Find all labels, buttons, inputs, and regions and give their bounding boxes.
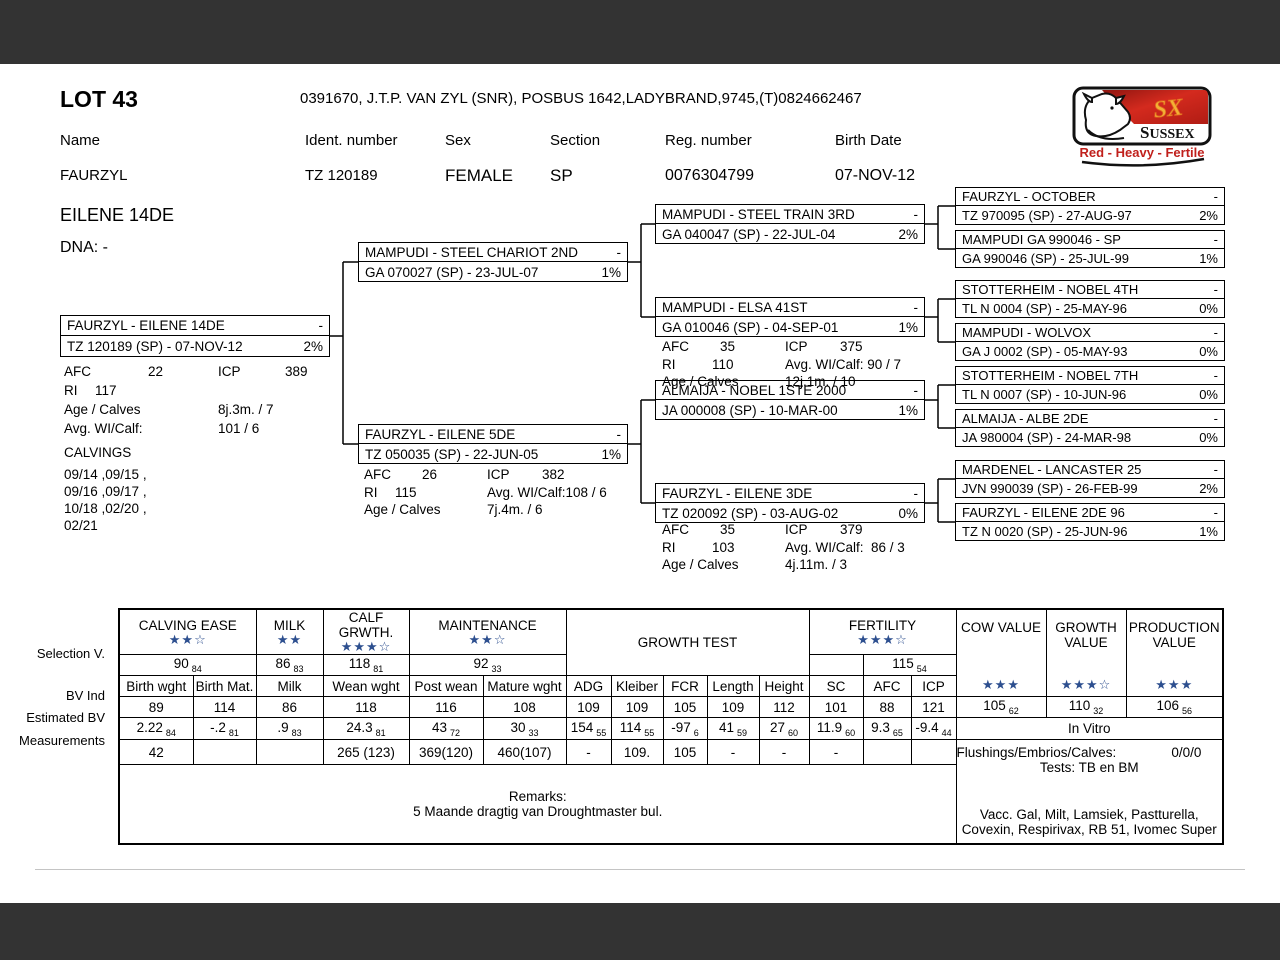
stat-text: AFC: [662, 522, 689, 537]
stat-text: 115: [395, 485, 417, 500]
accuracy-subscript: 81: [376, 728, 386, 738]
stat-text: RI: [662, 540, 676, 555]
group-maintenance: MAINTENANCE ★★☆: [409, 609, 566, 655]
bv-ind-cell: 109: [611, 697, 663, 718]
bv-ind-cell: 88: [863, 697, 911, 718]
group-calf-grwth-: CALF GRWTH. ★★★☆: [323, 609, 409, 655]
selection-value: 8683: [256, 655, 323, 676]
col-header-sc: SC: [809, 676, 863, 697]
value-bv-cell: 10562: [956, 697, 1046, 718]
stat-text: AFC: [64, 364, 91, 379]
bv-ind-cell: 108: [483, 697, 566, 718]
accuracy-subscript: 84: [192, 664, 202, 674]
group-calving-ease: CALVING EASE ★★☆: [119, 609, 256, 655]
estimated-bv-cell: 2760: [759, 718, 809, 740]
accuracy-subscript: 55: [596, 728, 606, 738]
accuracy-subscript: 33: [529, 728, 539, 738]
value-col-cow-value: COW VALUE ★★★: [956, 609, 1046, 697]
stat-text: Age / Calves: [64, 402, 141, 417]
estimated-bv-cell: 15455: [566, 718, 611, 740]
star-rating: ★★: [257, 633, 323, 647]
stat-text: 101 / 6: [218, 421, 259, 436]
top-bar: [0, 0, 1280, 64]
value-col-production-value: PRODUCTION VALUE ★★★: [1126, 609, 1223, 697]
vacc-line-2: Covexin, Respirivax, RB 51, Ivomec Super: [957, 822, 1223, 837]
bv-ind-cell: 116: [409, 697, 483, 718]
ancestor-id: GA 070027 (SP) - 23-JUL-07: [365, 265, 538, 280]
pedigree-box-ggp4: MAMPUDI - WOLVOX- GA J 0002 (SP) - 05-MA…: [955, 323, 1225, 361]
group-label: CALF GRWTH.: [324, 610, 409, 640]
estimated-bv-cell: 3033: [483, 718, 566, 740]
stat-text: 117: [95, 383, 117, 398]
field-value-2: FEMALE: [445, 166, 513, 186]
field-label-reg-number: Reg. number: [665, 132, 752, 149]
star-rating: ★★★☆: [324, 640, 409, 654]
ancestor-id: GA 040047 (SP) - 22-JUL-04: [662, 227, 835, 242]
stat-text: 4j.11m. / 3: [785, 557, 847, 572]
bv-ind-cell: 121: [911, 697, 956, 718]
pedigree-box-mgd: FAURZYL - EILENE 3DE- TZ 020092 (SP) - 0…: [655, 483, 925, 523]
ancestor-inbreeding-pct: 1%: [601, 447, 621, 462]
ancestor-name: FAURZYL - OCTOBER: [962, 189, 1096, 204]
ancestor-dash: -: [914, 300, 919, 315]
col-header-mature-wght: Mature wght: [483, 676, 566, 697]
ancestor-inbreeding-pct: 0%: [1199, 430, 1218, 445]
vacc-line-1: Vacc. Gal, Milt, Lamsiek, Pastturella,: [957, 807, 1223, 822]
logo-sx-text: SX: [1152, 94, 1185, 123]
estimated-bv-cell: -.281: [193, 718, 256, 740]
accuracy-subscript: 65: [893, 728, 903, 738]
stat-text: 379: [840, 522, 863, 537]
value-col-label: PRODUCTION VALUE: [1127, 620, 1223, 650]
ancestor-id: GA J 0002 (SP) - 05-MAY-93: [962, 344, 1127, 359]
pedigree-box-pgd: MAMPUDI - ELSA 41ST- GA 010046 (SP) - 04…: [655, 297, 925, 337]
flushings-label: Flushings/Embrios/Calves:: [957, 745, 1117, 760]
value-col-growth-value: GROWTH VALUE ★★★☆: [1046, 609, 1126, 697]
lot-number: LOT 43: [60, 86, 138, 113]
field-label-sex: Sex: [445, 132, 471, 149]
group-label: FERTILITY: [810, 618, 956, 633]
measurement-cell: 42: [119, 740, 193, 765]
tests-line: Tests: TB en BM: [957, 760, 1223, 775]
value-col-label: GROWTH VALUE: [1047, 620, 1126, 650]
row-label-2: Estimated BV: [0, 710, 105, 725]
accuracy-subscript: 59: [737, 728, 747, 738]
ancestor-inbreeding-pct: 2%: [303, 339, 323, 354]
accuracy-subscript: 44: [942, 728, 952, 738]
accuracy-subscript: 54: [917, 664, 927, 674]
pedigree-box-ggp3: STOTTERHEIM - NOBEL 4TH- TL N 0004 (SP) …: [955, 280, 1225, 318]
accuracy-subscript: 81: [229, 728, 239, 738]
stat-text: Avg. WI/Calf: 90 / 7: [785, 357, 901, 372]
pedigree-box-ggp8: FAURZYL - EILENE 2DE 96- TZ N 0020 (SP) …: [955, 503, 1225, 541]
col-header-length: Length: [707, 676, 759, 697]
ancestor-name: FAURZYL - EILENE 14DE: [67, 318, 225, 333]
stat-text: 8j.3m. / 7: [218, 402, 274, 417]
selection-value: 11881: [323, 655, 409, 676]
measurement-cell: -: [566, 740, 611, 765]
ancestor-id: TZ 020092 (SP) - 03-AUG-02: [662, 506, 838, 521]
pedigree-box-dam: FAURZYL - EILENE 5DE- TZ 050035 (SP) - 2…: [358, 424, 628, 464]
bv-ind-cell: 89: [119, 697, 193, 718]
estimated-bv-cell: 11.960: [809, 718, 863, 740]
measurement-cell: 265 (123): [323, 740, 409, 765]
ancestor-id: JA 980004 (SP) - 24-MAR-98: [962, 430, 1131, 445]
accuracy-subscript: 83: [292, 728, 302, 738]
performance-table: CALVING EASE ★★☆ MILK ★★ CALF GRWTH. ★★★…: [118, 608, 1224, 845]
ancestor-name: MAMPUDI - STEEL CHARIOT 2ND: [365, 245, 578, 260]
estimated-bv-cell: -9.444: [911, 718, 956, 740]
estimated-bv-cell: 2.2284: [119, 718, 193, 740]
field-value-5: 07-NOV-12: [835, 167, 915, 185]
flushings-line: Flushings/Embrios/Calves:0/0/0: [957, 745, 1223, 760]
stat-text: RI: [662, 357, 676, 372]
pedigree-box-ggp6: ALMAIJA - ALBE 2DE- JA 980004 (SP) - 24-…: [955, 409, 1225, 447]
animal-name: EILENE 14DE: [60, 205, 174, 226]
ancestor-id: TL N 0004 (SP) - 25-MAY-96: [962, 301, 1127, 316]
ancestor-name: MAMPUDI GA 990046 - SP: [962, 232, 1121, 247]
ancestor-inbreeding-pct: 2%: [1199, 208, 1218, 223]
ancestor-inbreeding-pct: 0%: [1199, 344, 1218, 359]
stat-text: RI: [64, 383, 78, 398]
stat-text: 110: [712, 357, 734, 372]
logo-tagline: Red - Heavy - Fertile: [1080, 145, 1205, 160]
ancestor-dash: -: [1214, 232, 1218, 247]
estimated-bv-cell: .983: [256, 718, 323, 740]
stat-text: 12j.1m. / 10: [785, 374, 856, 389]
field-label-name: Name: [60, 132, 100, 149]
ancestor-dash: -: [1214, 462, 1218, 477]
ancestor-inbreeding-pct: 1%: [1199, 524, 1218, 539]
measurement-cell: [256, 740, 323, 765]
accuracy-subscript: 83: [294, 664, 304, 674]
stat-text: 382: [542, 467, 565, 482]
ancestor-id: GA 990046 (SP) - 25-JUL-99: [962, 251, 1129, 266]
stat-text: Age / Calves: [662, 374, 739, 389]
accuracy-subscript: 62: [1009, 706, 1019, 716]
stat-text: AFC: [364, 467, 391, 482]
ancestor-inbreeding-pct: 2%: [1199, 481, 1218, 496]
measurement-cell: 460(107): [483, 740, 566, 765]
footer-divider: [35, 869, 1245, 870]
field-value-0: FAURZYL: [60, 167, 128, 184]
ancestor-inbreeding-pct: 1%: [601, 265, 621, 280]
ancestor-id: TZ 970095 (SP) - 27-AUG-97: [962, 208, 1132, 223]
col-header-wean-wght: Wean wght: [323, 676, 409, 697]
group-label: CALVING EASE: [120, 618, 256, 633]
pedigree-box-ggp2: MAMPUDI GA 990046 - SP- GA 990046 (SP) -…: [955, 230, 1225, 268]
ancestor-dash: -: [319, 318, 324, 333]
accuracy-subscript: 32: [1093, 706, 1103, 716]
stat-text: 26: [422, 467, 437, 482]
row-label-1: BV Ind: [0, 688, 105, 703]
flushings-value: 0/0/0: [1171, 745, 1201, 760]
ancestor-name: FAURZYL - EILENE 2DE 96: [962, 505, 1125, 520]
ancestor-dash: -: [914, 207, 919, 222]
group-growth-test: GROWTH TEST: [566, 609, 809, 676]
field-label-ident-number: Ident. number: [305, 132, 398, 149]
catalog-page: LOT 43 0391670, J.T.P. VAN ZYL (SNR), PO…: [0, 0, 1280, 960]
accuracy-subscript: 60: [845, 728, 855, 738]
bv-ind-cell: 86: [256, 697, 323, 718]
ancestor-inbreeding-pct: 0%: [1199, 387, 1218, 402]
stat-text: 10/18 ,02/20 ,: [64, 501, 147, 516]
pedigree-box-ggp1: FAURZYL - OCTOBER- TZ 970095 (SP) - 27-A…: [955, 187, 1225, 225]
stat-text: 09/16 ,09/17 ,: [64, 484, 147, 499]
remarks-text: 5 Maande dragtig van Droughtmaster bul.: [120, 804, 956, 819]
measurement-cell: -: [809, 740, 863, 765]
col-header-birth-mat-: Birth Mat.: [193, 676, 256, 697]
stat-text: Avg. WI/Calf:: [64, 421, 143, 436]
ancestor-name: STOTTERHEIM - NOBEL 4TH: [962, 282, 1138, 297]
field-label-section: Section: [550, 132, 600, 149]
ancestor-id: GA 010046 (SP) - 04-SEP-01: [662, 320, 838, 335]
group-label: MILK: [257, 618, 323, 633]
ancestor-dash: -: [1214, 282, 1218, 297]
ancestor-dash: -: [617, 245, 622, 260]
ancestor-inbreeding-pct: 0%: [1199, 301, 1218, 316]
stat-text: 375: [840, 339, 863, 354]
bv-ind-cell: 101: [809, 697, 863, 718]
remarks-cell: Remarks: 5 Maande dragtig van Droughtmas…: [119, 765, 956, 844]
stat-text: Avg. WI/Calf:108 / 6: [487, 485, 607, 500]
group-label: MAINTENANCE: [410, 618, 566, 633]
stat-text: Age / Calves: [364, 502, 441, 517]
in-vitro-cell: In Vitro: [956, 718, 1223, 740]
bv-ind-cell: 112: [759, 697, 809, 718]
accuracy-subscript: 84: [166, 728, 176, 738]
ancestor-dash: -: [914, 486, 919, 501]
pedigree-box-sire: MAMPUDI - STEEL CHARIOT 2ND- GA 070027 (…: [358, 242, 628, 282]
estimated-bv-cell: 4372: [409, 718, 483, 740]
ancestor-dash: -: [914, 383, 919, 398]
star-rating: ★★★☆: [1047, 678, 1126, 692]
star-rating: ★★☆: [120, 633, 256, 647]
bv-ind-cell: 109: [566, 697, 611, 718]
measurement-cell: 105: [663, 740, 707, 765]
accuracy-subscript: 55: [644, 728, 654, 738]
col-header-adg: ADG: [566, 676, 611, 697]
pedigree-box-pgs: MAMPUDI - STEEL TRAIN 3RD- GA 040047 (SP…: [655, 204, 925, 244]
dna-line: DNA: -: [60, 239, 108, 257]
measurement-cell: [863, 740, 911, 765]
ancestor-name: ALMAIJA - ALBE 2DE: [962, 411, 1088, 426]
pedigree-box-ggp5: STOTTERHEIM - NOBEL 7TH- TL N 0007 (SP) …: [955, 366, 1225, 404]
stat-text: ICP: [487, 467, 510, 482]
stat-text: ICP: [785, 522, 808, 537]
ancestor-id: TL N 0007 (SP) - 10-JUN-96: [962, 387, 1126, 402]
estimated-bv-cell: -976: [663, 718, 707, 740]
col-header-birth-wght: Birth wght: [119, 676, 193, 697]
field-label-birth-date: Birth Date: [835, 132, 902, 149]
measurement-cell: [193, 740, 256, 765]
accuracy-subscript: 6: [694, 728, 699, 738]
accuracy-subscript: 60: [788, 728, 798, 738]
stat-text: Avg. WI/Calf: 86 / 3: [785, 540, 905, 555]
ancestor-id: TZ N 0020 (SP) - 25-JUN-96: [962, 524, 1127, 539]
estimated-bv-cell: 4159: [707, 718, 759, 740]
stat-text: 389: [285, 364, 308, 379]
value-bv-cell: 11032: [1046, 697, 1126, 718]
group-milk: MILK ★★: [256, 609, 323, 655]
ancestor-dash: -: [1214, 368, 1218, 383]
ancestor-name: MAMPUDI - WOLVOX: [962, 325, 1091, 340]
selection-value: 9233: [409, 655, 566, 676]
stat-text: 7j.4m. / 6: [487, 502, 543, 517]
ancestor-name: MARDENEL - LANCASTER 25: [962, 462, 1141, 477]
bv-ind-cell: 109: [707, 697, 759, 718]
star-rating: ★★☆: [410, 633, 566, 647]
row-label-3: Measurements: [0, 733, 105, 748]
bottom-bar: [0, 903, 1280, 960]
ancestor-id: TZ 120189 (SP) - 07-NOV-12: [67, 339, 243, 354]
empty-cell: [809, 655, 863, 676]
star-rating: ★★★: [1127, 678, 1223, 692]
estimated-bv-cell: 24.381: [323, 718, 409, 740]
ancestor-name: STOTTERHEIM - NOBEL 7TH: [962, 368, 1138, 383]
row-label-0: Selection V.: [0, 646, 105, 661]
ancestor-id: TZ 050035 (SP) - 22-JUN-05: [365, 447, 538, 462]
bv-ind-cell: 105: [663, 697, 707, 718]
pedigree-box-subject: FAURZYL - EILENE 14DE- TZ 120189 (SP) - …: [60, 315, 330, 357]
ancestor-inbreeding-pct: 0%: [898, 506, 918, 521]
ancestor-name: MAMPUDI - ELSA 41ST: [662, 300, 808, 315]
ancestor-id: JA 000008 (SP) - 10-MAR-00: [662, 403, 838, 418]
ancestor-name: FAURZYL - EILENE 3DE: [662, 486, 812, 501]
estimated-bv-cell: 11455: [611, 718, 663, 740]
stat-text: 02/21: [64, 518, 98, 533]
accuracy-subscript: 72: [450, 728, 460, 738]
ancestor-id: JVN 990039 (SP) - 26-FEB-99: [962, 481, 1138, 496]
selection-value: 11554: [863, 655, 956, 676]
col-header-fcr: FCR: [663, 676, 707, 697]
ancestor-dash: -: [617, 427, 622, 442]
ancestor-inbreeding-pct: 1%: [898, 403, 918, 418]
selection-value: 9084: [119, 655, 256, 676]
ancestor-inbreeding-pct: 1%: [1199, 251, 1218, 266]
ancestor-inbreeding-pct: 2%: [898, 227, 918, 242]
field-value-1: TZ 120189: [305, 167, 378, 184]
measurement-cell: -: [759, 740, 809, 765]
star-rating: ★★★: [957, 678, 1046, 692]
col-header-afc: AFC: [863, 676, 911, 697]
col-header-post-wean: Post wean: [409, 676, 483, 697]
sussex-logo: SX SUSSEX Red - Heavy - Fertile: [1072, 86, 1212, 173]
stat-text: 09/14 ,09/15 ,: [64, 467, 147, 482]
stat-text: 35: [720, 522, 735, 537]
ancestor-inbreeding-pct: 1%: [898, 320, 918, 335]
stat-text: 103: [712, 540, 735, 555]
stat-text: ICP: [785, 339, 808, 354]
col-header-icp: ICP: [911, 676, 956, 697]
ancestor-dash: -: [1214, 325, 1218, 340]
accuracy-subscript: 56: [1182, 706, 1192, 716]
measurement-cell: 109.: [611, 740, 663, 765]
stat-text: RI: [364, 485, 378, 500]
group-fertility: FERTILITY ★★★☆: [809, 609, 956, 655]
ancestor-dash: -: [1214, 505, 1218, 520]
col-header-kleiber: Kleiber: [611, 676, 663, 697]
stat-text: 22: [148, 364, 163, 379]
stat-text: Age / Calves: [662, 557, 739, 572]
stat-text: CALVINGS: [64, 445, 131, 460]
field-value-3: SP: [550, 166, 573, 186]
stat-text: AFC: [662, 339, 689, 354]
bv-ind-cell: 114: [193, 697, 256, 718]
stat-text: ICP: [218, 364, 241, 379]
col-header-height: Height: [759, 676, 809, 697]
accuracy-subscript: 33: [492, 664, 502, 674]
ancestor-dash: -: [1214, 411, 1218, 426]
breeder-contact-line: 0391670, J.T.P. VAN ZYL (SNR), POSBUS 16…: [300, 90, 862, 107]
accuracy-subscript: 81: [373, 664, 383, 674]
ancestor-name: MAMPUDI - STEEL TRAIN 3RD: [662, 207, 855, 222]
remarks-label: Remarks:: [120, 789, 956, 804]
ancestor-name: FAURZYL - EILENE 5DE: [365, 427, 515, 442]
measurement-cell: [911, 740, 956, 765]
estimated-bv-cell: 9.365: [863, 718, 911, 740]
star-rating: ★★★☆: [810, 633, 956, 647]
col-header-milk: Milk: [256, 676, 323, 697]
measurement-cell: 369(120): [409, 740, 483, 765]
value-bv-cell: 10656: [1126, 697, 1223, 718]
value-col-label: COW VALUE: [957, 620, 1046, 635]
field-value-4: 0076304799: [665, 167, 754, 185]
pedigree-box-ggp7: MARDENEL - LANCASTER 25- JVN 990039 (SP)…: [955, 460, 1225, 498]
stat-text: 35: [720, 339, 735, 354]
health-panel: Flushings/Embrios/Calves:0/0/0 Tests: TB…: [956, 740, 1223, 844]
measurement-cell: -: [707, 740, 759, 765]
ancestor-dash: -: [1214, 189, 1218, 204]
bv-ind-cell: 118: [323, 697, 409, 718]
